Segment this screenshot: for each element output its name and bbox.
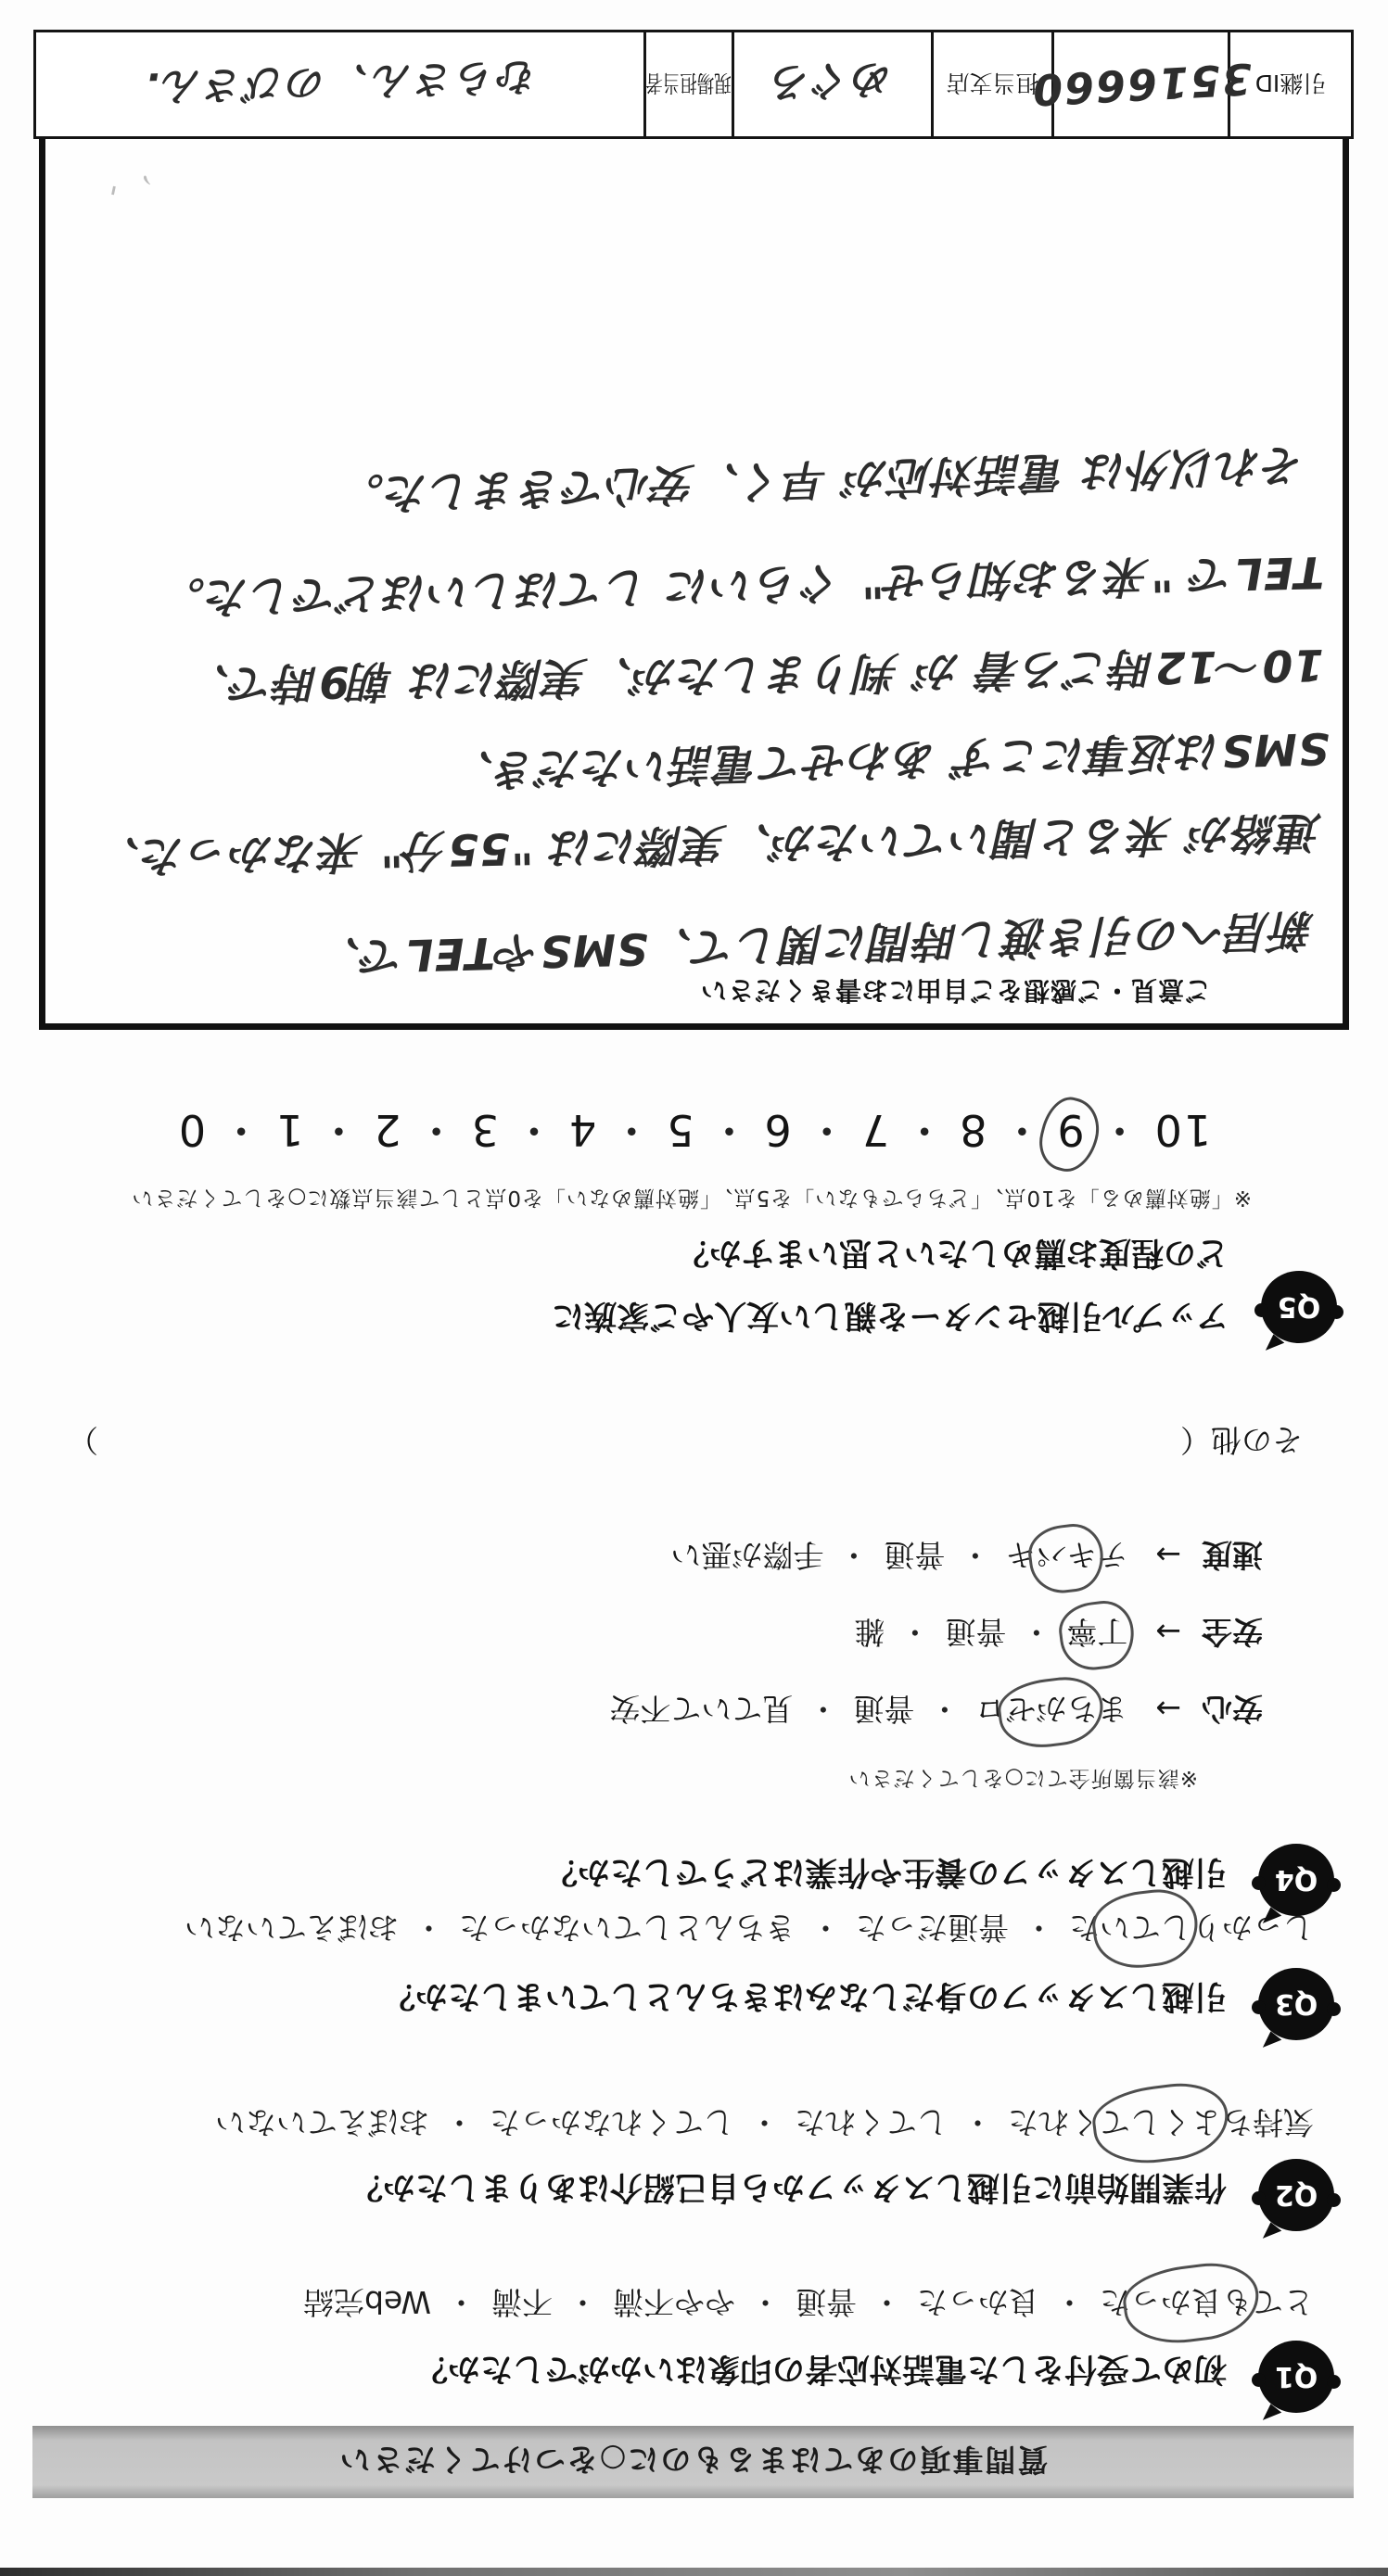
answer-option: 雑: [854, 1614, 885, 1650]
branch-value: めぐろ: [770, 53, 895, 117]
option-separator: ・: [962, 2104, 993, 2140]
q5-scoring-note: ※「絶対薦める」を10点、「どちらでもない」を5点、「絶対薦めない」を0点として…: [131, 1185, 1252, 1215]
scale-value: 8: [958, 1105, 987, 1155]
handwritten-line: SMSは返事にこず あわせて電話いただき、: [449, 720, 1330, 806]
option-separator: ・: [511, 1105, 555, 1155]
option-separator: ・: [444, 2104, 475, 2140]
office-use-table: 引継ID 3516660 担当支店 めぐろ 現場担当者 むらさん、のびさん.: [33, 30, 1354, 139]
handwritten-comment: 新居への引き渡し時間に関して、SMSやTELで、連絡が 来ると聞いていたが、実際…: [45, 133, 1343, 1023]
nps-scale-row: 10・9・8・7・6・5・4・3・2・1・0: [0, 1102, 1388, 1163]
option-separator: ・: [1024, 1910, 1054, 1946]
answer-option: してくれた: [795, 2104, 948, 2140]
q4-rating-row: 安全→丁寧・普通・雑: [609, 1612, 1263, 1656]
q4-row-label: 安全: [1202, 1614, 1263, 1650]
answer-option: とても良かった: [1100, 2284, 1314, 2320]
circled-answer-mark: も良かっ: [1130, 2276, 1253, 2328]
handwritten-line: TELで "来るお知らせ" ぐらいに してほしいほどでした。: [160, 544, 1325, 632]
option-separator: ・: [899, 1614, 930, 1650]
circled-answer-mark: してい: [1100, 1901, 1191, 1953]
option-separator: ・: [414, 1910, 444, 1946]
q5-question-line2: どの程度お薦めしたいと思いますか？: [677, 1232, 1229, 1278]
scale-value: 5: [665, 1105, 694, 1155]
scale-value: 7: [860, 1105, 889, 1155]
option-separator: ・: [810, 1910, 841, 1946]
handwritten-line: 10〜12時ごろ着 が 判りましたが、実際には 朝9時で、: [185, 637, 1325, 718]
handover-id-label: 引継ID: [1255, 68, 1327, 101]
answer-option: 普通: [796, 2284, 857, 2320]
answer-option: おぼえていない: [215, 2104, 429, 2140]
scale-value: 6: [763, 1105, 792, 1155]
option-separator: ・: [901, 1105, 946, 1155]
q3-icon-label: Q3: [1275, 1988, 1318, 2021]
staff-value: むらさん、のびさん.: [142, 51, 539, 117]
circled-answer-mark: キパ: [1036, 1535, 1097, 1579]
staff-value-cell: むらさん、のびさん.: [36, 32, 646, 136]
handwritten-line: 連絡が 来ると聞いていたが、実際には "55分" 来なかった、: [96, 804, 1323, 892]
handover-id-value-cell: 3516660: [1054, 32, 1230, 136]
answer-option: まちがゼロ: [974, 1691, 1127, 1727]
answer-option: Web完結: [303, 2284, 431, 2320]
scanned-survey-screenshot: 質問事項のあてはまるものに○をつけてください Q1 初めて受付をした電話対応者の…: [0, 0, 1388, 2576]
answer-option: きちんとしていなかった: [459, 1910, 796, 1946]
answer-option: テキパキ: [1005, 1537, 1127, 1573]
q4-row-label: 速度: [1202, 1537, 1263, 1573]
scan-edge-artifact: [0, 2568, 1388, 2576]
q4-instruction-note: ※該当箇所全てに○をしてください: [848, 1765, 1198, 1796]
staff-label: 現場担当者: [646, 68, 732, 101]
option-separator: ・: [414, 1105, 458, 1155]
option-separator: ・: [999, 1105, 1043, 1155]
answer-option: 普通: [945, 1614, 1006, 1650]
q5-question-line1: アップル引越センターを親しい友人やご家族に: [552, 1295, 1229, 1341]
scale-value-circled: 9: [1055, 1105, 1084, 1155]
answer-option: 手際が悪い: [670, 1537, 823, 1573]
option-separator: ・: [838, 1537, 869, 1573]
answer-option: おぼえていない: [185, 1910, 399, 1946]
scale-value: 0: [177, 1105, 206, 1155]
answer-option: 気持ちよくしてくれた: [1008, 2104, 1314, 2140]
option-separator: ・: [446, 2284, 477, 2320]
scale-value: 3: [470, 1105, 499, 1155]
survey-title-bar: 質問事項のあてはまるものに○をつけてください: [32, 2426, 1354, 2498]
scale-value: 10: [1153, 1105, 1212, 1155]
handwritten-line: 新居への引き渡し時間に関して、SMSやTELで、: [316, 902, 1316, 992]
q1-icon-label: Q1: [1275, 2361, 1318, 2393]
q2-options-row: 気持ちよくしてくれた・してくれた・してくれなかった・おぼえていない: [215, 2096, 1314, 2148]
q4-rating-rows: 安心→まちがゼロ・普通・見ていて不安安全→丁寧・普通・雑速度→テキパキ・普通・手…: [609, 1535, 1263, 1732]
option-separator: ・: [218, 1105, 262, 1155]
option-separator: ・: [567, 2284, 598, 2320]
q4-question-text: 引越しスタッフの養生や作業はどうでしたか？: [545, 1851, 1227, 1897]
answer-option: やや不満: [613, 2284, 735, 2320]
staff-label-cell: 現場担当者: [646, 32, 734, 136]
survey-title-text: 質問事項のあてはまるものに○をつけてください: [338, 2441, 1049, 2484]
q3-speech-bubble-icon: Q3: [1258, 1968, 1334, 2040]
scale-value: 1: [274, 1105, 303, 1155]
scale-value: 2: [372, 1105, 401, 1155]
q1-speech-bubble-icon: Q1: [1258, 2341, 1334, 2413]
option-separator: ・: [808, 1691, 838, 1727]
q4-other-open: その他（: [1180, 1420, 1303, 1464]
option-separator: ・: [1054, 2284, 1085, 2320]
option-separator: ・: [707, 1105, 751, 1155]
option-separator: ・: [749, 2104, 780, 2140]
answer-option: 普通: [884, 1537, 945, 1573]
arrow-icon: →: [1155, 1691, 1181, 1727]
option-separator: ・: [315, 1105, 360, 1155]
q3-options-row: しっかりしていた・普通だった・きちんとしていなかった・おぼえていない: [185, 1901, 1314, 1953]
option-separator: ・: [1021, 1614, 1051, 1650]
answer-option: 丁寧: [1066, 1614, 1127, 1650]
circled-answer-mark: 丁寧: [1066, 1612, 1127, 1656]
q4-other-row: その他（ ）: [68, 1420, 1303, 1464]
q2-speech-bubble-icon: Q2: [1258, 2159, 1334, 2231]
q2-icon-label: Q2: [1275, 2179, 1318, 2212]
scale-value: 4: [567, 1105, 596, 1155]
comment-box: ご意見・ご感想をご自由にお書きください 新居への引き渡し時間に関して、SMSやT…: [39, 126, 1349, 1030]
q4-icon-label: Q4: [1275, 1864, 1318, 1897]
survey-sheet-upside-down: 質問事項のあてはまるものに○をつけてください Q1 初めて受付をした電話対応者の…: [0, 0, 1388, 2576]
option-separator: ・: [872, 2284, 902, 2320]
q1-question-text: 初めて受付をした電話対応者の印象はいかがでしたか？: [415, 2348, 1227, 2394]
handwritten-line: それ以外は 電話対応が 早く、安心できました。: [339, 437, 1306, 529]
q3-question-text: 引越しスタッフの身だしなみはきちんとしていましたか？: [383, 1975, 1227, 2022]
answer-option: 普通だった: [856, 1910, 1009, 1946]
q4-speech-bubble-icon: Q4: [1258, 1844, 1334, 1916]
arrow-icon: →: [1155, 1537, 1181, 1573]
q4-row-label: 安心: [1202, 1691, 1263, 1727]
q1-options-row: とても良かった・良かった・普通・やや不満・不満・Web完結: [303, 2276, 1314, 2328]
option-separator: ・: [1097, 1105, 1141, 1155]
q2-question-text: 作業開始前に引越しスタッフから自己紹介はありましたか？: [350, 2166, 1227, 2213]
q4-rating-row: 速度→テキパキ・普通・手際が悪い: [609, 1535, 1263, 1579]
answer-option: してくれなかった: [490, 2104, 734, 2140]
circled-answer-mark: ちがゼ: [1005, 1689, 1097, 1732]
circled-answer-mark: よくして: [1100, 2096, 1222, 2148]
answer-option: 良かった: [917, 2284, 1039, 2320]
q5-speech-bubble-icon: Q5: [1261, 1271, 1337, 1343]
q4-other-close: ）: [68, 1420, 98, 1464]
option-separator: ・: [960, 1537, 990, 1573]
option-separator: ・: [929, 1691, 960, 1727]
arrow-icon: →: [1155, 1614, 1181, 1650]
option-separator: ・: [608, 1105, 653, 1155]
option-separator: ・: [804, 1105, 848, 1155]
answer-option: 不満: [491, 2284, 553, 2320]
q5-icon-label: Q5: [1278, 1291, 1320, 1324]
option-separator: ・: [750, 2284, 781, 2320]
answer-option: 見ていて不安: [609, 1691, 793, 1727]
branch-label: 担当支店: [947, 68, 1039, 101]
branch-value-cell: めぐろ: [734, 32, 934, 136]
answer-option: 普通: [853, 1691, 914, 1727]
handover-id-value: 3516660: [1029, 54, 1253, 115]
q4-rating-row: 安心→まちがゼロ・普通・見ていて不安: [609, 1689, 1263, 1732]
